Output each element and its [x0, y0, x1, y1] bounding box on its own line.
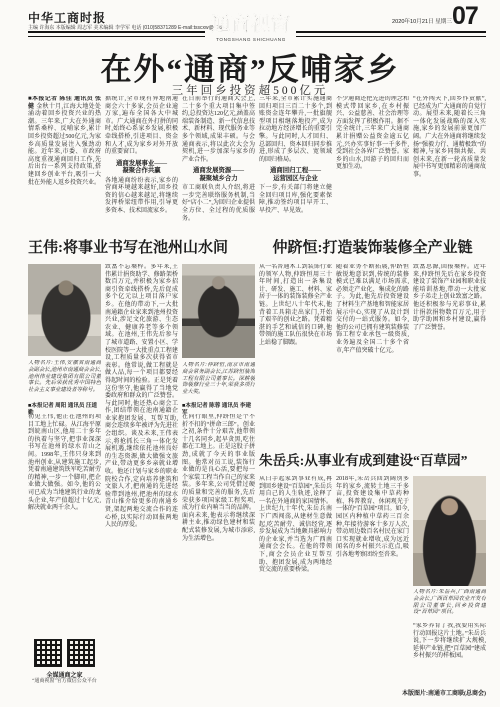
zhuyuebing-caption: 人物名片:朱岳兵,广西南通商会会长,广西百草园农业开发有限公司董事长,回乡投资建… [413, 589, 486, 621]
qr-code-icon [34, 639, 62, 667]
lead-column-2: 据统计,全市现有异地南通商会六十多家,会员企业逾万家,遍布全国各大中城市。广大通… [105, 96, 178, 234]
section-logo: 通商视窗 [208, 9, 294, 36]
lead-text: 金秋十月,江海大地处处涌动着回乡投资兴业的热潮。三年来,广大在外通商情系桑梓、反… [28, 104, 101, 186]
lead-column-4: 三年来,全市累计实施通商回归项目三百二十多个,到账资金连年攀升,一批旗舰型项目相… [259, 96, 332, 234]
zhuyuebing-photo [413, 476, 486, 586]
wangwei-column-1: 初见王伟,他正在池州的项目工地上忙碌。从江海平原到皖南山区,他用二十多年的执着与… [28, 414, 101, 634]
qr-row [28, 639, 101, 667]
lead-text: 三年来,全市累计实施通商回归项目三百二十多个,到账资金连年攀升,一批旗舰型项目相… [259, 96, 332, 163]
zhuyuebing-column-3: “家乡养育了我,我要用实际行动回报这片土地。”朱岳兵说,下一步将继续扩大规模,延… [413, 623, 486, 683]
lead-column-1: ■本报记者 陈佳 通讯员 张健 金秋十月,江海大地处处涌动着回乡投资兴业的热潮。… [28, 96, 101, 234]
lead-column-5: 不少通商还把先进的理念和模式带回家乡,在乡村振兴、公益慈善、社会治理等方面发挥了… [336, 96, 409, 234]
header-rule-left [28, 31, 205, 37]
photo-credit-line: 本版图片:南通市工商联(总商会) [316, 688, 486, 697]
qr-code-icon [67, 639, 95, 667]
masthead-info-line: 主编 许海东 本版编辑 周志军 美术编辑 李学军 电话 (010)5837128… [28, 24, 223, 31]
qr-caption-title: 全媒通商之家 [28, 670, 101, 679]
zhuyuebing-headline: 朱岳兵:从事业有成到建设“百草园” [259, 449, 486, 469]
section-logo-pinyin: TONGSHANG SHICHUANG [208, 37, 294, 42]
lead-column-6: “在外闯天下,回乡作贡献”,已经成为广大通商的自觉行动。展望未来,随着长三角一体… [413, 96, 486, 234]
section-logo-box: 通商视窗 TONGSHANG SHICHUANG [208, 9, 294, 42]
header-rule-right [296, 31, 486, 37]
dateline: 2020年10月21日 星期三 [330, 17, 452, 25]
zhongjiheng-column-4: 致富思源,回报桑梓。近年来,仲跻恒先后在家乡投资建设了装饰产业园和职业技能培训基… [413, 264, 486, 444]
lead-text: 市工商联负责人介绍,将进一步完善联络服务机制,当好“店小二”,为回归企业提供全方… [182, 185, 255, 221]
lead-subheading-2: 通商发展资源——凝聚城乡合力 [182, 167, 255, 182]
qr-block: 全媒通商之家 “通商视窗”官方微信公众平台 [28, 639, 101, 697]
lead-subheading-3: 通商回归工程——运营园区与企业 [259, 167, 332, 182]
lead-text: 各地通商纷纷表示,家乡的营商环境越来越好,回乡投资的信心越来越足,将继续发挥桥梁… [105, 178, 178, 214]
zhongjiheng-column-2: 从一名普通木工到装饰行业的领军人物,仲跻恒用三十年时间,打造出一条集设计、研发、… [259, 264, 332, 444]
zhongjiheng-caption: 人物名片:仲跻恒,南京市南通商会常务副会长,江苏跻恒装饰工程有限公司董事长。深耕… [182, 362, 255, 400]
wangwei-headline: 王伟:将事业书写在池州山水间 [28, 236, 256, 257]
lead-column-3: 在日前举行的通商大会上,二十多个重大项目集中签约,总投资达120亿元,涵盖高端装… [182, 96, 255, 234]
wangwei-photo [28, 264, 101, 356]
lead-text: 据统计,全市现有异地南通商会六十多家,会员企业逾万家,遍布全国各大中城市。广大通… [105, 96, 178, 155]
page-number: 07 [452, 2, 492, 31]
zhongjiheng-column-1: 在同行眼里,仲跻恒是个不折不扣的“拼命三郎”。创业之初,条件十分艰苦,他带领十几… [182, 414, 255, 700]
lead-text: 在日前举行的通商大会上,二十多个重大项目集中签约,总投资达120亿元,涵盖高端装… [182, 96, 255, 163]
qr-caption-subtitle: “通商视窗”官方微信公众平台 [28, 679, 101, 685]
wangwei-caption: 人物名片:王伟,安徽省南通商会副会长,池州市南通商会会长,池州伟业建设集团有限公… [28, 360, 101, 401]
newspaper-page: 中华工商时报 主编 许海东 本版编辑 周志军 美术编辑 李学军 电话 (010)… [0, 0, 500, 707]
zhongjiheng-column-3: 随着业务不断拓展,仲跻恒敏锐地意识到,传统的装修模式已难以满足市场需求,必须走产… [336, 264, 409, 444]
zhongjiheng-photo [182, 264, 255, 358]
lead-text: 下一步,有关部门将建立健全回归项目库,强化要素保障,推动签约项目早开工、早投产、… [259, 185, 332, 214]
zhuyuebing-column-2: 2018年,朱岳兵回到阔别多年的家乡,流转土地三千多亩,投资建设集中草药种植、科… [336, 476, 409, 682]
wangwei-column-2: 致富不忘桑梓。多年来,王伟累计捐资助学、修路架桥数百万元,并积极为家乡招商引资牵… [105, 264, 178, 700]
zhuyuebing-column-1: 从白手起家到事业有成,再到回乡建设“百草园”,朱岳兵用自己的人生轨迹,诠释了一名… [259, 476, 332, 700]
zhongjiheng-headline: 仲跻恒:打造装饰装修全产业链 [259, 236, 486, 257]
lead-subheading-1: 通商发展事业——凝聚合作共赢 [105, 160, 178, 175]
